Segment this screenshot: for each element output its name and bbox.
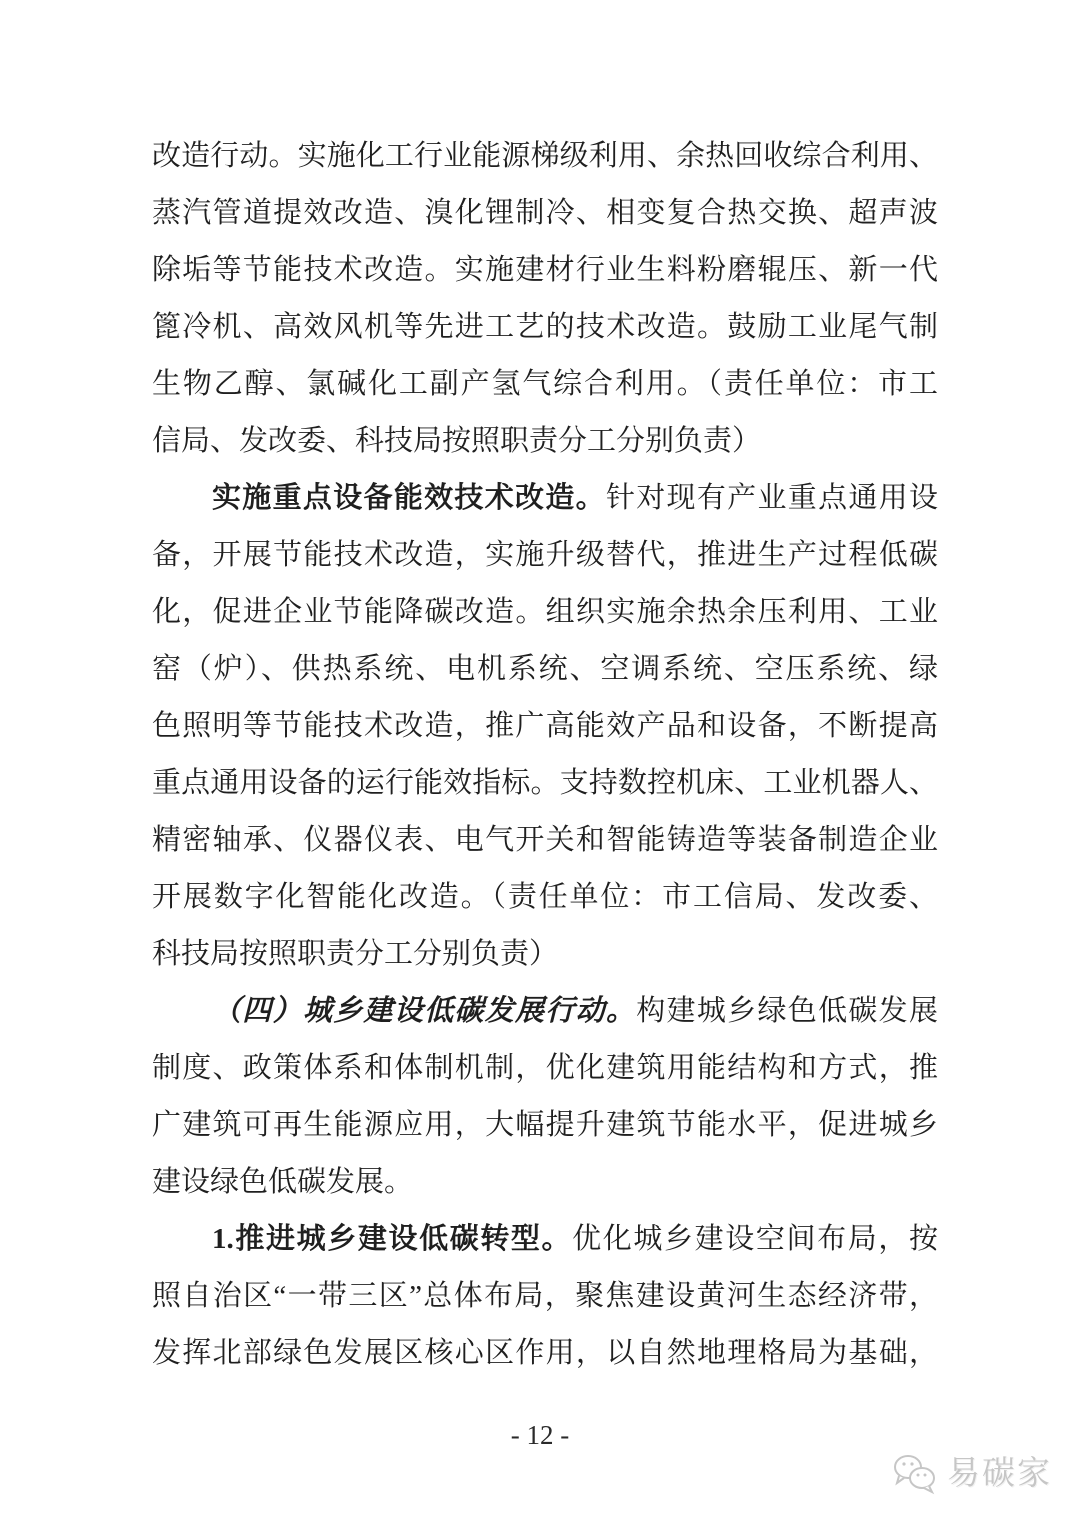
- bold-heading-text: 实施重点设备能效技术改造。: [212, 482, 606, 514]
- text-line: 重点通用设备的运行能效指标。支持数控机床、工业机器人、: [152, 755, 938, 812]
- wechat-bubbles-icon: [891, 1452, 939, 1496]
- text-line: 广建筑可再生能源应用，大幅提升建筑节能水平，促进城乡: [152, 1097, 938, 1154]
- page-number: - 12 -: [0, 1420, 1080, 1451]
- body-text: 针对现有产业重点通用设: [606, 482, 938, 514]
- body-text: 广建筑可再生能源应用，大幅提升建筑节能水平，促进城乡: [152, 1109, 938, 1141]
- body-text: 改造行动。实施化工行业能源梯级利用、余热回收综合利用、: [152, 140, 938, 172]
- text-line: 精密轴承、仪器仪表、电气开关和智能铸造等装备制造企业: [152, 812, 938, 869]
- text-line: 实施重点设备能效技术改造。针对现有产业重点通用设: [152, 470, 938, 527]
- body-text: 信局、发改委、科技局按照职责分工分别负责）: [152, 425, 761, 457]
- text-line: 色照明等节能技术改造，推广高能效产品和设备，不断提高: [152, 698, 938, 755]
- body-text: 除垢等节能技术改造。实施建材行业生料粉磨辊压、新一代: [152, 254, 938, 286]
- watermark-label: 易碳家: [947, 1452, 1052, 1496]
- text-line: 篦冷机、高效风机等先进工艺的技术改造。鼓励工业尾气制: [152, 299, 938, 356]
- body-text: 篦冷机、高效风机等先进工艺的技术改造。鼓励工业尾气制: [152, 311, 938, 343]
- text-line: 化，促进企业节能降碳改造。组织实施余热余压利用、工业: [152, 584, 938, 641]
- text-line: 发挥北部绿色发展区核心区作用，以自然地理格局为基础，: [152, 1325, 938, 1382]
- body-text: 化，促进企业节能降碳改造。组织实施余热余压利用、工业: [152, 596, 938, 628]
- watermark: 易碳家: [891, 1452, 1052, 1496]
- text-line: 科技局按照职责分工分别负责）: [152, 926, 938, 983]
- bold-heading-text: 1.推进城乡建设低碳转型。: [212, 1223, 572, 1255]
- body-text: 生物乙醇、氯碱化工副产氢气综合利用。（责任单位：市工: [152, 368, 938, 400]
- body-text: 建设绿色低碳发展。: [152, 1166, 413, 1198]
- text-line: 制度、政策体系和体制机制，优化建筑用能结构和方式，推: [152, 1040, 938, 1097]
- body-text: 制度、政策体系和体制机制，优化建筑用能结构和方式，推: [152, 1052, 938, 1084]
- body-text: 重点通用设备的运行能效指标。支持数控机床、工业机器人、: [152, 767, 938, 799]
- body-text: 科技局按照职责分工分别负责）: [152, 938, 558, 970]
- body-text: 照自治区“一带三区”总体布局，聚焦建设黄河生态经济带，: [152, 1280, 938, 1312]
- text-line: 1.推进城乡建设低碳转型。优化城乡建设空间布局，按: [152, 1211, 938, 1268]
- text-line: 生物乙醇、氯碱化工副产氢气综合利用。（责任单位：市工: [152, 356, 938, 413]
- body-text: 色照明等节能技术改造，推广高能效产品和设备，不断提高: [152, 710, 938, 742]
- body-text: 蒸汽管道提效改造、溴化锂制冷、相变复合热交换、超声波: [152, 197, 938, 229]
- text-line: 改造行动。实施化工行业能源梯级利用、余热回收综合利用、: [152, 128, 938, 185]
- document-text: 改造行动。实施化工行业能源梯级利用、余热回收综合利用、蒸汽管道提效改造、溴化锂制…: [152, 128, 938, 1382]
- text-line: 开展数字化智能化改造。（责任单位：市工信局、发改委、: [152, 869, 938, 926]
- kai-heading-text: （四）城乡建设低碳发展行动。: [212, 995, 636, 1027]
- body-text: 开展数字化智能化改造。（责任单位：市工信局、发改委、: [152, 881, 938, 913]
- text-line: 除垢等节能技术改造。实施建材行业生料粉磨辊压、新一代: [152, 242, 938, 299]
- text-line: 备，开展节能技术改造，实施升级替代，推进生产过程低碳: [152, 527, 938, 584]
- text-line: 窑（炉）、供热系统、电机系统、空调系统、空压系统、绿: [152, 641, 938, 698]
- text-line: （四）城乡建设低碳发展行动。构建城乡绿色低碳发展: [152, 983, 938, 1040]
- body-text: 备，开展节能技术改造，实施升级替代，推进生产过程低碳: [152, 539, 938, 571]
- text-line: 照自治区“一带三区”总体布局，聚焦建设黄河生态经济带，: [152, 1268, 938, 1325]
- text-line: 建设绿色低碳发展。: [152, 1154, 938, 1211]
- body-text: 发挥北部绿色发展区核心区作用，以自然地理格局为基础，: [152, 1337, 938, 1369]
- body-text: 精密轴承、仪器仪表、电气开关和智能铸造等装备制造企业: [152, 824, 938, 856]
- text-line: 信局、发改委、科技局按照职责分工分别负责）: [152, 413, 938, 470]
- body-text: 窑（炉）、供热系统、电机系统、空调系统、空压系统、绿: [152, 653, 938, 685]
- text-line: 蒸汽管道提效改造、溴化锂制冷、相变复合热交换、超声波: [152, 185, 938, 242]
- body-text: 构建城乡绿色低碳发展: [636, 995, 938, 1027]
- document-page: 改造行动。实施化工行业能源梯级利用、余热回收综合利用、蒸汽管道提效改造、溴化锂制…: [0, 0, 1080, 1526]
- body-text: 优化城乡建设空间布局，按: [572, 1223, 938, 1255]
